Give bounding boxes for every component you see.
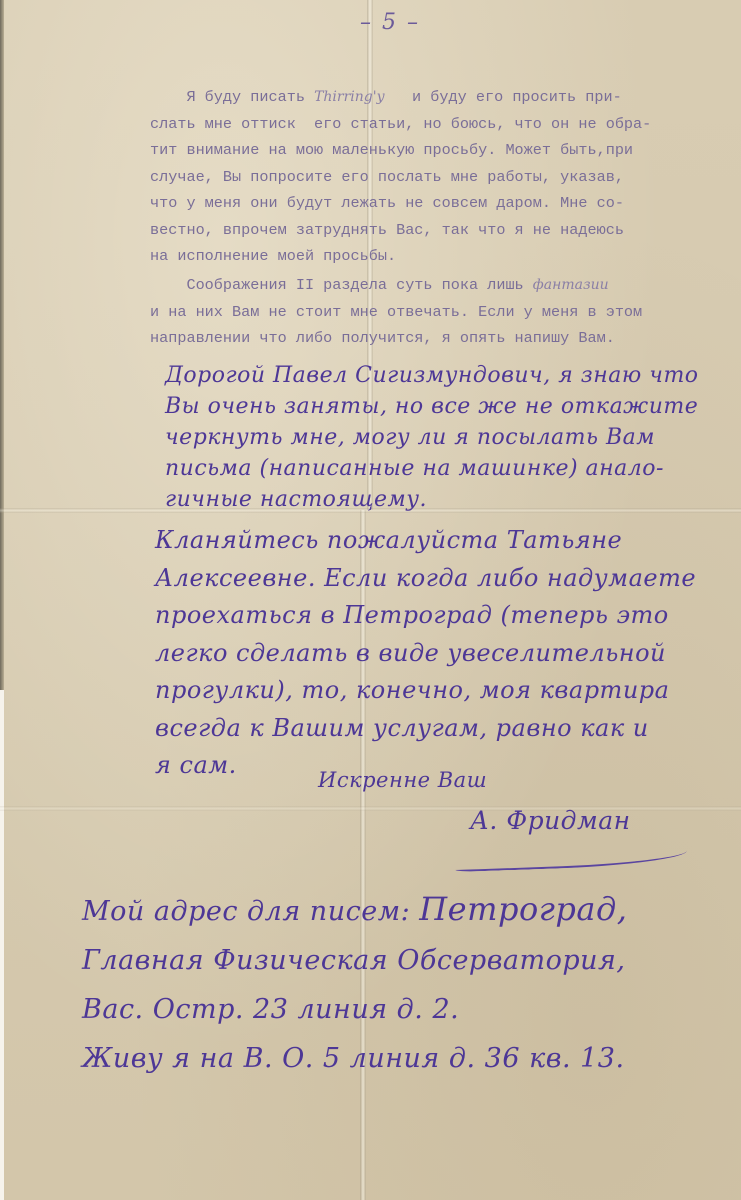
- typed-line: направлении что либо получится, я опять …: [150, 329, 615, 347]
- page-left-edge: [0, 0, 4, 690]
- handwritten-regards: Кланяйтесь пожалуйста Татьяне Алексеевне…: [155, 522, 696, 785]
- address-label: Мой адрес для писем:: [82, 896, 419, 927]
- typed-line: на исполнение моей просьбы.: [150, 247, 396, 265]
- handwritten-line: гичные настоящему.: [165, 487, 427, 512]
- address-block: Мой адрес для писем: Петроград, Главная …: [82, 885, 627, 1083]
- typed-line: что у меня они будут лежать не совсем да…: [150, 194, 624, 212]
- handwritten-line: черкнуть мне, могу ли я посылать Вам: [165, 425, 655, 450]
- page-number: – 5 –: [360, 10, 420, 35]
- valediction: Искренне Ваш: [318, 768, 487, 792]
- handwritten-line: я сам.: [155, 751, 237, 779]
- handwritten-postscript: Дорогой Павел Сигизмундович, я знаю что …: [165, 360, 699, 515]
- handwritten-line: всегда к Вашим услугам, равно как и: [155, 714, 649, 742]
- handwritten-line: прогулки), то, конечно, моя квартира: [155, 676, 669, 704]
- typed-text: Я буду писать: [150, 88, 314, 106]
- address-line: Главная Физическая Обсерватория,: [82, 945, 626, 976]
- handwritten-line: письма (написанные на машинке) анало-: [165, 456, 664, 481]
- scan-margin: [0, 690, 4, 1200]
- typed-paragraph-section-ii: Соображения II раздела суть пока лишь фа…: [150, 272, 660, 352]
- handwritten-line: Дорогой Павел Сигизмундович, я знаю что: [165, 363, 699, 388]
- letter-page: – 5 – Я буду писать Thirring'у и буду ег…: [0, 0, 741, 1200]
- typed-text: Соображения II раздела суть пока лишь: [150, 276, 533, 294]
- typed-line: и на них Вам не стоит мне отвечать. Если…: [150, 303, 642, 321]
- signature: А. Фридман: [470, 806, 631, 835]
- handwritten-line: Кланяйтесь пожалуйста Татьяне: [155, 526, 622, 554]
- typed-line: вестно, впрочем затруднять Вас, так что …: [150, 221, 624, 239]
- handwritten-line: Вы очень заняты, но все же не откажите: [165, 394, 698, 419]
- typed-line: тит внимание на мою маленькую просьбу. М…: [150, 141, 633, 159]
- address-line: Живу я на В. О. 5 линия д. 36 кв. 13.: [82, 1043, 625, 1074]
- typed-text: и буду его просить при-: [385, 88, 622, 106]
- typed-line: слать мне оттиск его статьи, но боюсь, ч…: [150, 115, 651, 133]
- typed-line: случае, Вы попросите его послать мне раб…: [150, 168, 624, 186]
- typed-paragraph-thirring: Я буду писать Thirring'у и буду его прос…: [150, 84, 660, 270]
- handwritten-line: Алексеевне. Если когда либо надумаете: [155, 564, 696, 592]
- handwritten-insert: фантазии: [533, 277, 609, 293]
- address-city: Петроград,: [419, 890, 627, 928]
- signature-flourish: [455, 842, 688, 872]
- handwritten-insert: Thirring'у: [314, 89, 385, 105]
- address-line: Вас. Остр. 23 линия д. 2.: [82, 994, 459, 1025]
- handwritten-line: проехаться в Петроград (теперь это: [155, 601, 669, 629]
- handwritten-line: легко сделать в виде увеселительной: [155, 639, 666, 667]
